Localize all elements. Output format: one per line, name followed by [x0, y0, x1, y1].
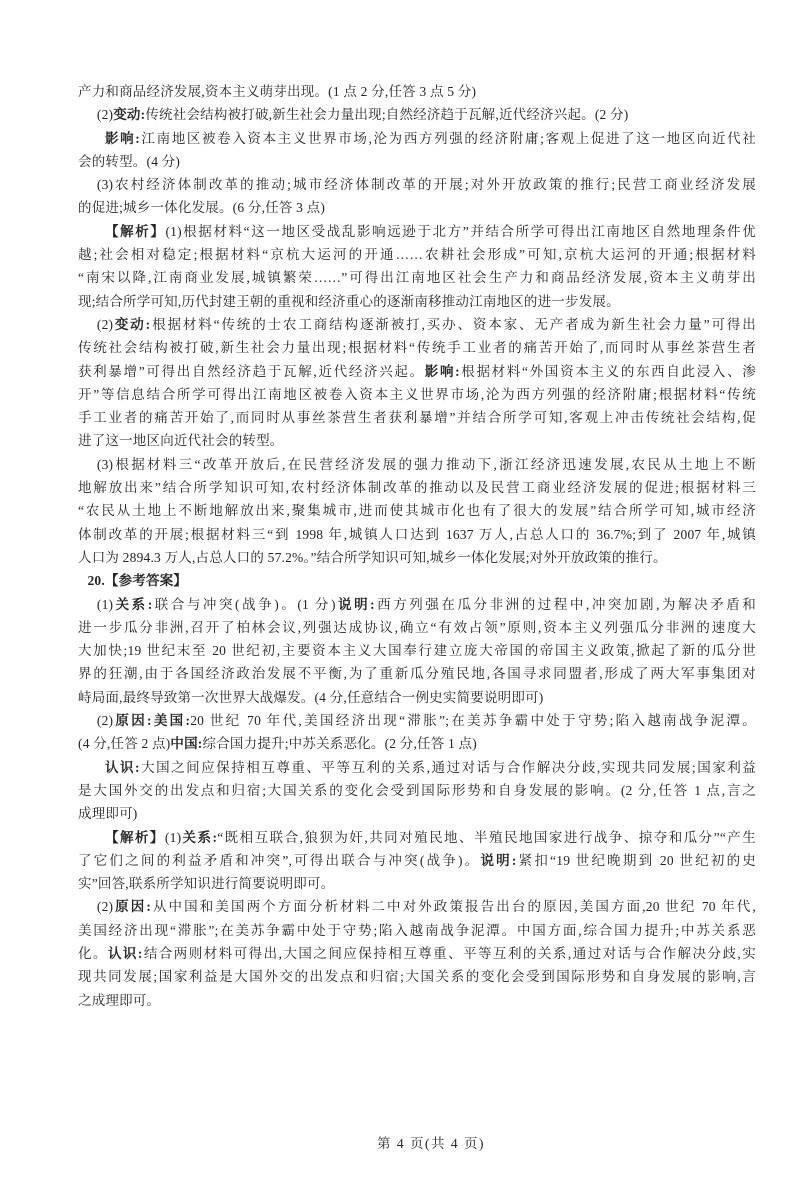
text-line: 现共同发展;国家利益是大国外交的出发点和归宿;大国关系的变化会受到国际形势和自身…	[78, 965, 756, 988]
text-line: 进了这一地区向近代社会的转型。	[78, 429, 756, 452]
bold-label: 认识:	[108, 946, 143, 961]
bold-label: 原因:美国:	[113, 713, 190, 728]
text-line: 影响:江南地区被卷入资本主义世界市场,沦为西方列强的经济附庸;客观上促进了这一地…	[78, 127, 756, 150]
text-segment: 20 世纪 70 年代,美国经济出现“滞胀”;在美苏争霸中处于守势;陷入越南战争…	[190, 713, 756, 728]
text-segment: 从中国和美国两个方面分析材料二中对外政策报告出台的原因,美国方面,20 世纪 7…	[151, 899, 756, 914]
text-line: (1)关系:联合与冲突(战争)。(1 分)说明:西方列强在瓜分非洲的过程中,冲突…	[78, 593, 756, 616]
text-segment: 产力和商品经济发展,资本主义萌芽出现。(1 点 2 分,任答 3 点 5 分)	[78, 84, 476, 99]
text-line: 开”等信息结合所学可得出江南地区被卷入资本主义世界市场,沦为西方列强的经济附庸;…	[78, 383, 756, 406]
text-line: 实”回答,联系所学知识进行简要说明即可。	[78, 872, 756, 895]
text-segment: 获利暴增”可得出自然经济趋于瓦解,近代经济兴起。	[78, 364, 425, 379]
bold-label: 变动:	[113, 317, 150, 332]
text-line: 认识:大国之间应保持相互尊重、平等互利的关系,通过对话与合作解决分歧,实现共同发…	[78, 756, 756, 779]
bold-label: 20.【参考答案】	[87, 573, 187, 588]
text-segment: 大加快;19 世纪末至 20 世纪初,主要资本主义大国奉行建立庞大帝国的帝国主义…	[78, 643, 756, 658]
text-line: (4 分,任答 2 点)中国:综合国力提升;中苏关系恶化。(2 分,任答 1 点…	[78, 732, 756, 755]
text-line: 地解放出来”结合所学知识可知,农村经济体制改革的推动以及民营工商业经济发展的促进…	[78, 476, 756, 499]
text-segment: 根据材料“传统的士农工商结构逐渐被打,买办、资本家、无产者成为新生社会力量”可得…	[150, 317, 756, 332]
text-segment: 西方列强在瓜分非洲的过程中,冲突加剧,为解决矛盾和	[375, 597, 756, 612]
text-segment: 美国经济出现“滞胀”;在美苏争霸中处于守势;陷入越南战争泥潭。中国方面,综合国力…	[78, 923, 756, 938]
text-line: (2)原因:美国:20 世纪 70 年代,美国经济出现“滞胀”;在美苏争霸中处于…	[78, 709, 756, 732]
text-line: 大加快;19 世纪末至 20 世纪初,主要资本主义大国奉行建立庞大帝国的帝国主义…	[78, 639, 756, 662]
text-segment: 化。	[78, 946, 108, 961]
bold-label: 影响:	[425, 364, 460, 379]
bold-label: 影响:	[105, 131, 140, 146]
text-segment: (2)	[97, 713, 113, 728]
bold-label: 原因:	[113, 899, 151, 914]
text-segment: (2)	[97, 107, 113, 122]
text-segment: 地解放出来”结合所学知识可知,农村经济体制改革的推动以及民营工商业经济发展的促进…	[78, 480, 756, 495]
text-segment: 综合国力提升;中苏关系恶化。(2 分,任答 1 点)	[203, 736, 477, 751]
text-line: 会的转型。(4 分)	[78, 150, 756, 173]
bold-label: 中国:	[170, 736, 202, 751]
text-segment: 峙局面,最终导致第一次世界大战爆发。(4 分,任意结合一例史实简要说明即可)	[78, 690, 543, 705]
text-line: (3)农村经济体制改革的推动;城市经济体制改革的开展;对外开放政策的推行;民营工…	[78, 173, 756, 196]
text-line: (3)根据材料三“改革开放后,在民营经济发展的强力推动下,浙江经济迅速发展,农民…	[78, 453, 756, 476]
text-line: 20.【参考答案】	[78, 569, 756, 592]
text-line: 人口为 2894.3 万人,占总人口的 57.2%。”结合所学知识可知,城乡一体…	[78, 546, 756, 569]
text-segment: 联合与冲突(战争)。(1 分)	[152, 597, 335, 612]
text-segment: (1)根据材料“这一地区受战乱影响远逊于北方”并结合所学可得出江南地区自然地理条…	[165, 224, 756, 239]
text-line: 【解析】(1)关系:“既相互联合,狼狈为奸,共同对殖民地、半殖民地国家进行战争、…	[78, 826, 756, 849]
page-number: 第 4 页(共 4 页)	[377, 1136, 485, 1151]
text-segment: 现;结合所学可知,历代封建王朝的重视和经济重心的逐渐南移推动江南地区的进一步发展…	[78, 294, 620, 309]
text-segment: (1)	[165, 830, 181, 845]
text-line: 成理即可)	[78, 802, 756, 825]
text-segment: 现共同发展;国家利益是大国外交的出发点和归宿;大国关系的变化会受到国际形势和自身…	[78, 969, 756, 984]
text-segment: 之成理即可。	[78, 993, 160, 1008]
text-line: “南宋以降,江南商业发展,城镇繁荣……”可得出江南地区社会生产力和商品经济发展,…	[78, 266, 756, 289]
text-segment: 人口为 2894.3 万人,占总人口的 57.2%。”结合所学知识可知,城乡一体…	[78, 550, 667, 565]
text-line: 之成理即可。	[78, 989, 756, 1012]
text-segment: 手工业者的痛苦开始了,而同时从事丝茶营生者获利暴增”并结合所学可知,客观上冲击传…	[78, 410, 756, 425]
text-segment: 成理即可)	[78, 806, 138, 821]
text-segment: 传统社会结构被打破,新生社会力量出现;根据材料“传统手工业者的痛苦开始了,而同时…	[78, 340, 756, 355]
text-segment: (4 分,任答 2 点)	[78, 736, 170, 751]
text-segment: 实”回答,联系所学知识进行简要说明即可。	[78, 876, 334, 891]
text-line: 产力和商品经济发展,资本主义萌芽出现。(1 点 2 分,任答 3 点 5 分)	[78, 80, 756, 103]
text-segment: 江南地区被卷入资本主义世界市场,沦为西方列强的经济附庸;客观上促进了这一地区向近…	[140, 131, 756, 146]
bold-label: 【解析】	[105, 830, 165, 845]
text-segment: “既相互联合,狼狈为奸,共同对殖民地、半殖民地国家进行战争、掠夺和瓜分”“产生	[217, 830, 756, 845]
text-line: 【解析】(1)根据材料“这一地区受战乱影响远逊于北方”并结合所学可得出江南地区自…	[78, 220, 756, 243]
bold-label: 变动:	[113, 107, 145, 122]
text-line: 美国经济出现“滞胀”;在美苏争霸中处于守势;陷入越南战争泥潭。中国方面,综合国力…	[78, 919, 756, 942]
text-segment: 了它们之间的利益矛盾和冲突”,可得出联合与冲突(战争)。	[78, 853, 480, 868]
text-line: 的促进;城乡一体化发展。(6 分,任答 3 点)	[78, 196, 756, 219]
text-segment: 越;社会相对稳定;根据材料“京杭大运河的开通……农耕社会形成”可知,京杭大运河的…	[78, 247, 756, 262]
text-segment: 大国之间应保持相互尊重、平等互利的关系,通过对话与合作解决分歧,实现共同发展;国…	[140, 760, 756, 775]
bold-label: 【解析】	[105, 224, 165, 239]
text-segment: 进一步瓜分非洲,召开了柏林会议,列强达成协议,确立“有效占领”原则,资本主义列强…	[78, 620, 756, 635]
text-segment: 体制改革的开展;根据材料三“到 1998 年,城镇人口达到 1637 万人,占总…	[78, 527, 756, 542]
bold-label: 说明:	[480, 853, 516, 868]
text-line: “农民从土地上不断地解放出来,聚集城市,进而使其城市化也有了很大的发展”结合所学…	[78, 499, 756, 522]
text-segment: “南宋以降,江南商业发展,城镇繁荣……”可得出江南地区社会生产力和商品经济发展,…	[78, 270, 756, 285]
text-line: (2)变动:根据材料“传统的士农工商结构逐渐被打,买办、资本家、无产者成为新生社…	[78, 313, 756, 336]
text-segment: 根据材料“外国资本主义的东西自此浸入、渗	[460, 364, 756, 379]
text-segment: 传统社会结构被打破,新生社会力量出现;自然经济趋于瓦解,近代经济兴起。(2 分)	[145, 107, 628, 122]
text-line: (2)原因:从中国和美国两个方面分析材料二中对外政策报告出台的原因,美国方面,2…	[78, 895, 756, 918]
text-segment: 的促进;城乡一体化发展。(6 分,任答 3 点)	[78, 200, 325, 215]
text-segment: 开”等信息结合所学可得出江南地区被卷入资本主义世界市场,沦为西方列强的经济附庸;…	[78, 387, 756, 402]
text-line: (2)变动:传统社会结构被打破,新生社会力量出现;自然经济趋于瓦解,近代经济兴起…	[78, 103, 756, 126]
text-segment: 进了这一地区向近代社会的转型。	[78, 433, 284, 448]
text-line: 传统社会结构被打破,新生社会力量出现;根据材料“传统手工业者的痛苦开始了,而同时…	[78, 336, 756, 359]
text-line: 进一步瓜分非洲,召开了柏林会议,列强达成协议,确立“有效占领”原则,资本主义列强…	[78, 616, 756, 639]
text-line: 了它们之间的利益矛盾和冲突”,可得出联合与冲突(战争)。说明:紧扣“19 世纪晚…	[78, 849, 756, 872]
text-line: 化。认识:结合两则材料可得出,大国之间应保持相互尊重、平等互利的关系,通过对话与…	[78, 942, 756, 965]
text-line: 体制改革的开展;根据材料三“到 1998 年,城镇人口达到 1637 万人,占总…	[78, 523, 756, 546]
bold-label: 认识:	[105, 760, 140, 775]
text-segment: “农民从土地上不断地解放出来,聚集城市,进而使其城市化也有了很大的发展”结合所学…	[78, 503, 756, 518]
text-segment: (3)农村经济体制改革的推动;城市经济体制改革的开展;对外开放政策的推行;民营工…	[97, 177, 756, 192]
text-segment: 界的狂潮,由于各国经济政治发展不平衡,为了重新瓜分殖民地,各国寻求同盟者,形成了…	[78, 666, 756, 681]
text-segment: 会的转型。(4 分)	[78, 154, 180, 169]
answer-text-block: 产力和商品经济发展,资本主义萌芽出现。(1 点 2 分,任答 3 点 5 分)(…	[78, 80, 756, 1012]
text-line: 越;社会相对稳定;根据材料“京杭大运河的开通……农耕社会形成”可知,京杭大运河的…	[78, 243, 756, 266]
text-segment: (1)	[97, 597, 113, 612]
text-segment: (3)根据材料三“改革开放后,在民营经济发展的强力推动下,浙江经济迅速发展,农民…	[97, 457, 756, 472]
text-line: 峙局面,最终导致第一次世界大战爆发。(4 分,任意结合一例史实简要说明即可)	[78, 686, 756, 709]
text-segment: (2)	[97, 317, 113, 332]
text-line: 界的狂潮,由于各国经济政治发展不平衡,为了重新瓜分殖民地,各国寻求同盟者,形成了…	[78, 662, 756, 685]
text-line: 是大国外交的出发点和归宿;大国关系的变化会受到国际形势和自身发展的影响。(2 分…	[78, 779, 756, 802]
bold-label: 关系:	[113, 597, 152, 612]
bold-label: 关系:	[181, 830, 217, 845]
text-segment: (2)	[97, 899, 113, 914]
text-line: 现;结合所学可知,历代封建王朝的重视和经济重心的逐渐南移推动江南地区的进一步发展…	[78, 290, 756, 313]
text-segment: 紧扣“19 世纪晚期到 20 世纪初的史	[517, 853, 756, 868]
text-line: 手工业者的痛苦开始了,而同时从事丝茶营生者获利暴增”并结合所学可知,客观上冲击传…	[78, 406, 756, 429]
text-segment: 结合两则材料可得出,大国之间应保持相互尊重、平等互利的关系,通过对话与合作解决分…	[143, 946, 756, 961]
page-footer: 第 4 页(共 4 页)	[0, 1132, 800, 1155]
text-segment: 是大国外交的出发点和归宿;大国关系的变化会受到国际形势和自身发展的影响。(2 分…	[78, 783, 756, 798]
bold-label: 说明:	[336, 597, 375, 612]
text-line: 获利暴增”可得出自然经济趋于瓦解,近代经济兴起。影响:根据材料“外国资本主义的东…	[78, 360, 756, 383]
